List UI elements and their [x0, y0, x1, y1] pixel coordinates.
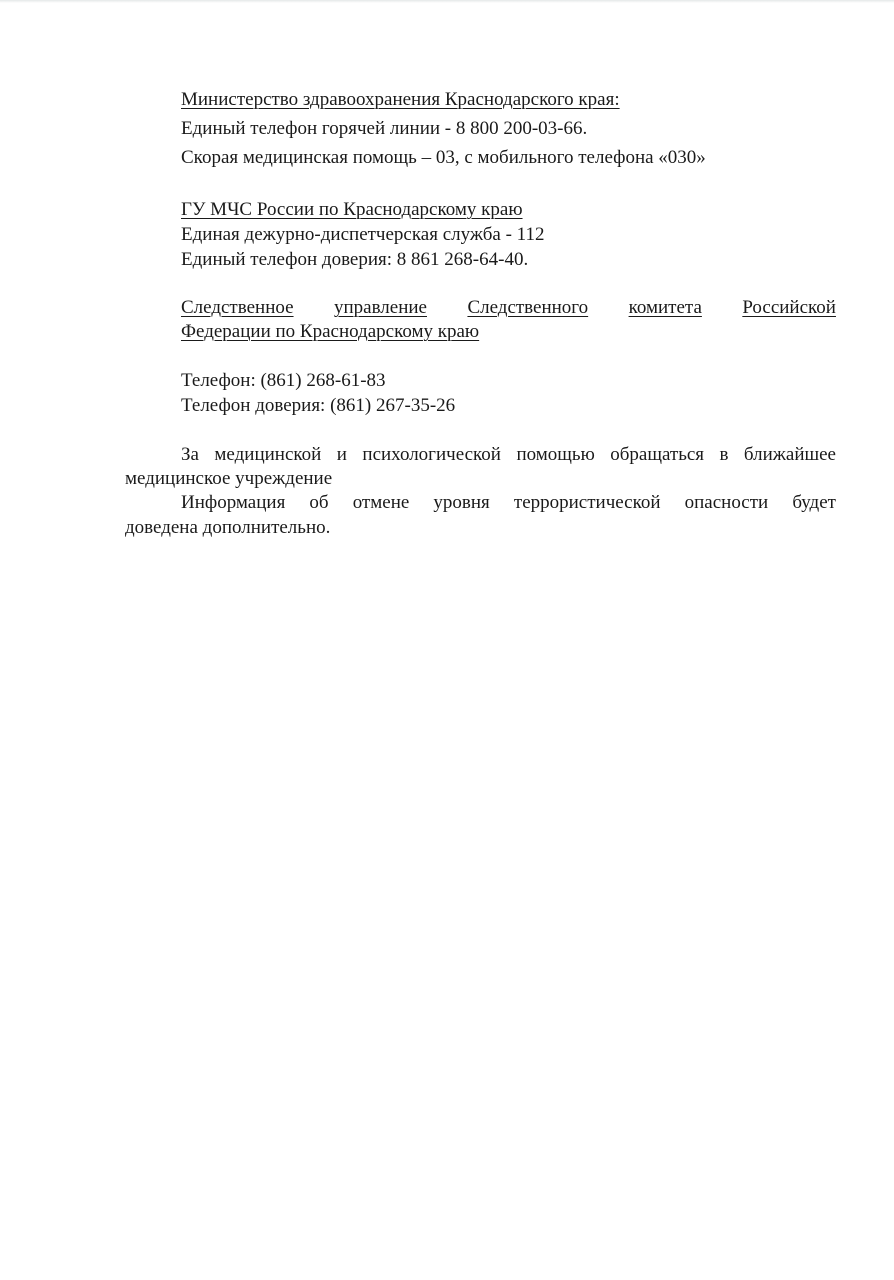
word: в — [719, 443, 728, 467]
emergency-dispatch-phone: Единая дежурно-диспетчерская служба - 11… — [181, 223, 544, 247]
emercom-trust-phone: Единый телефон доверия: 8 861 268-64-40. — [181, 248, 528, 272]
word: и — [337, 443, 347, 467]
hotline-phone: Единый телефон горячей линии - 8 800 200… — [181, 117, 587, 141]
ambulance-phone: Скорая медицинская помощь – 03, с мобиль… — [181, 146, 706, 170]
heading-word: Следственного — [467, 296, 588, 320]
threat-level-paragraph-line1: Информация об отмене уровня террористиче… — [181, 491, 836, 515]
word: помощью — [516, 443, 594, 467]
word: обращаться — [610, 443, 704, 467]
word: будет — [792, 491, 836, 515]
medical-help-paragraph-line2: медицинское учреждение — [125, 467, 332, 491]
word: отмене — [353, 491, 410, 515]
emercom-heading: ГУ МЧС России по Краснодарскому краю — [181, 198, 523, 222]
ministry-health-heading: Министерство здравоохранения Краснодарск… — [181, 88, 620, 112]
word: уровня — [433, 491, 489, 515]
investigative-committee-heading-line2: Федерации по Краснодарскому краю — [181, 320, 479, 344]
heading-word: управление — [334, 296, 427, 320]
word: террористической — [514, 491, 661, 515]
word: опасности — [685, 491, 769, 515]
heading-word: Российской — [742, 296, 836, 320]
investigative-committee-heading-line1: Следственное управление Следственного ко… — [181, 296, 836, 320]
top-edge-shadow — [0, 0, 894, 3]
word: медицинской — [214, 443, 321, 467]
word: За — [181, 443, 199, 467]
investigative-phone: Телефон: (861) 268-61-83 — [181, 369, 386, 393]
word: об — [309, 491, 328, 515]
word: психологической — [362, 443, 501, 467]
word: ближайшее — [744, 443, 836, 467]
threat-level-paragraph-line2: доведена дополнительно. — [125, 516, 330, 540]
heading-word: комитета — [629, 296, 702, 320]
medical-help-paragraph-line1: За медицинской и психологической помощью… — [181, 443, 836, 467]
heading-word: Следственное — [181, 296, 294, 320]
investigative-trust-phone: Телефон доверия: (861) 267-35-26 — [181, 394, 455, 418]
word: Информация — [181, 491, 285, 515]
